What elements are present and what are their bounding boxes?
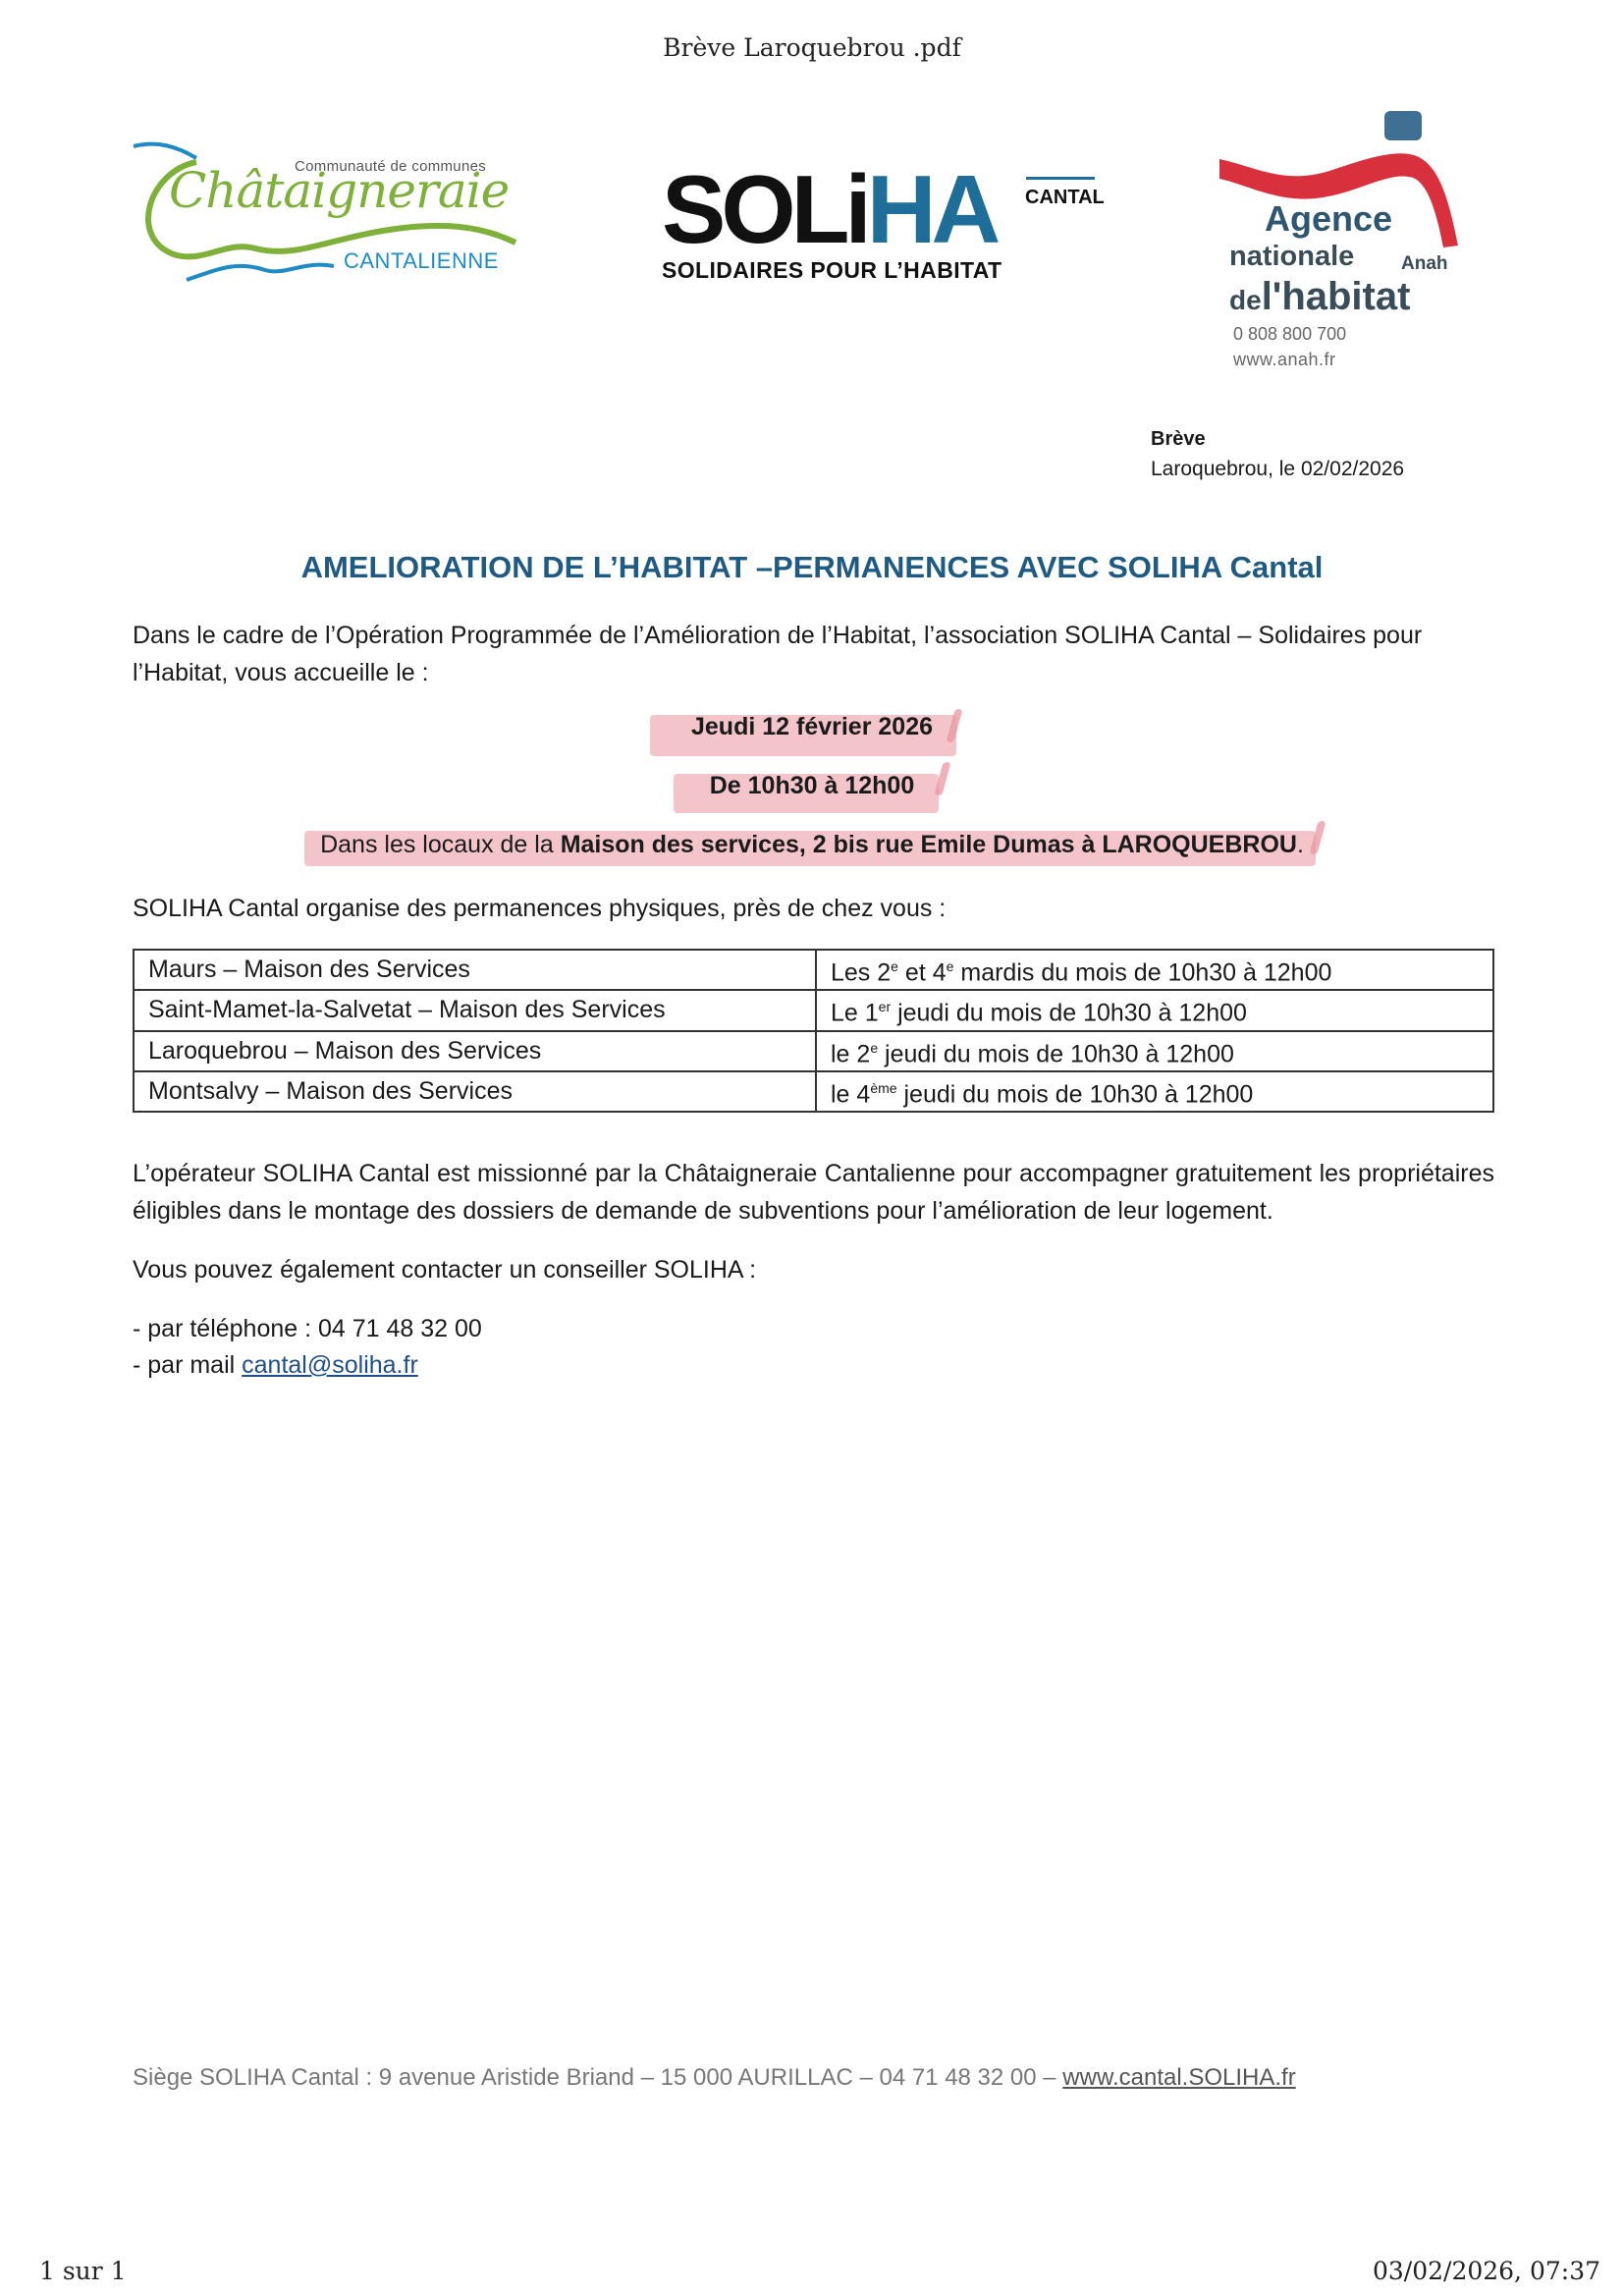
print-timestamp: 03/02/2026, 07:37 bbox=[1373, 2257, 1600, 2285]
soliha-wordmark: SOLiHA bbox=[662, 161, 996, 257]
document-type-label: Brève bbox=[1151, 428, 1206, 451]
contact-intro: Vous pouvez également contacter un conse… bbox=[133, 1251, 756, 1288]
soliha-region: CANTAL bbox=[1025, 187, 1105, 209]
anah-phone: 0 808 800 700 bbox=[1233, 324, 1346, 345]
footer-website-link[interactable]: www.cantal.SOLIHA.fr bbox=[1062, 2064, 1295, 2091]
schedule-location: Montsalvy – Maison des Services bbox=[134, 1071, 816, 1112]
chataigneraie-suffix: CANTALIENNE bbox=[344, 248, 499, 274]
document-file-title: Brève Laroquebrou .pdf bbox=[0, 33, 1624, 62]
schedule-when: Les 2e et 4e mardis du mois de 10h30 à 1… bbox=[816, 950, 1493, 990]
anah-dot-icon bbox=[1384, 111, 1422, 140]
mission-paragraph: L’opérateur SOLIHA Cantal est missionné … bbox=[133, 1155, 1494, 1230]
soliha-tagline: SOLIDAIRES POUR L’HABITAT bbox=[662, 257, 1002, 284]
footer-address: Siège SOLIHA Cantal : 9 avenue Aristide … bbox=[133, 2064, 1296, 2092]
table-row: Montsalvy – Maison des Servicesle 4ème j… bbox=[134, 1071, 1493, 1112]
contact-mail: - par mail cantal@soliha.fr bbox=[133, 1346, 418, 1384]
event-place: Dans les locaux de la Maison des service… bbox=[0, 831, 1624, 859]
schedule-when: le 2e jeudi du mois de 10h30 à 12h00 bbox=[816, 1031, 1493, 1071]
anah-line1: Agence bbox=[1265, 198, 1392, 240]
page-title: AMELIORATION DE L’HABITAT –PERMANENCES A… bbox=[0, 550, 1624, 585]
event-time: De 10h30 à 12h00 bbox=[0, 772, 1624, 800]
table-row: Saint-Mamet-la-Salvetat – Maison des Ser… bbox=[134, 990, 1493, 1030]
soliha-divider bbox=[1026, 177, 1095, 180]
permanences-intro: SOLIHA Cantal organise des permanences p… bbox=[133, 890, 946, 927]
page-count: 1 sur 1 bbox=[39, 2257, 127, 2285]
event-date: Jeudi 12 février 2026 bbox=[0, 713, 1624, 741]
email-link[interactable]: cantal@soliha.fr bbox=[242, 1351, 418, 1379]
anah-logo: Agence nationale Anah del'habitat 0 808 … bbox=[1218, 108, 1512, 383]
place-date: Laroquebrou, le 02/02/2026 bbox=[1151, 458, 1404, 481]
anah-abbr: Anah bbox=[1401, 253, 1448, 275]
contact-phone: - par téléphone : 04 71 48 32 00 bbox=[133, 1310, 482, 1347]
anah-line3: del'habitat bbox=[1229, 275, 1410, 319]
table-row: Maurs – Maison des ServicesLes 2e et 4e … bbox=[134, 950, 1493, 990]
anah-line2: nationale bbox=[1229, 241, 1354, 273]
schedule-table: Maurs – Maison des ServicesLes 2e et 4e … bbox=[133, 949, 1494, 1113]
table-row: Laroquebrou – Maison des Servicesle 2e j… bbox=[134, 1031, 1493, 1071]
chataigneraie-name: Châtaigneraie bbox=[169, 162, 509, 219]
intro-paragraph: Dans le cadre de l’Opération Programmée … bbox=[133, 617, 1497, 691]
soliha-logo: SOLiHA SOLIDAIRES POUR L’HABITAT CANTAL bbox=[658, 167, 1119, 295]
schedule-location: Saint-Mamet-la-Salvetat – Maison des Ser… bbox=[134, 990, 816, 1030]
schedule-location: Laroquebrou – Maison des Services bbox=[134, 1031, 816, 1071]
chataigneraie-logo: Communauté de communes Châtaigneraie CAN… bbox=[128, 133, 520, 290]
schedule-when: le 4ème jeudi du mois de 10h30 à 12h00 bbox=[816, 1071, 1493, 1112]
schedule-when: Le 1er jeudi du mois de 10h30 à 12h00 bbox=[816, 990, 1493, 1030]
schedule-location: Maurs – Maison des Services bbox=[134, 950, 816, 990]
anah-website: www.anah.fr bbox=[1233, 350, 1336, 370]
